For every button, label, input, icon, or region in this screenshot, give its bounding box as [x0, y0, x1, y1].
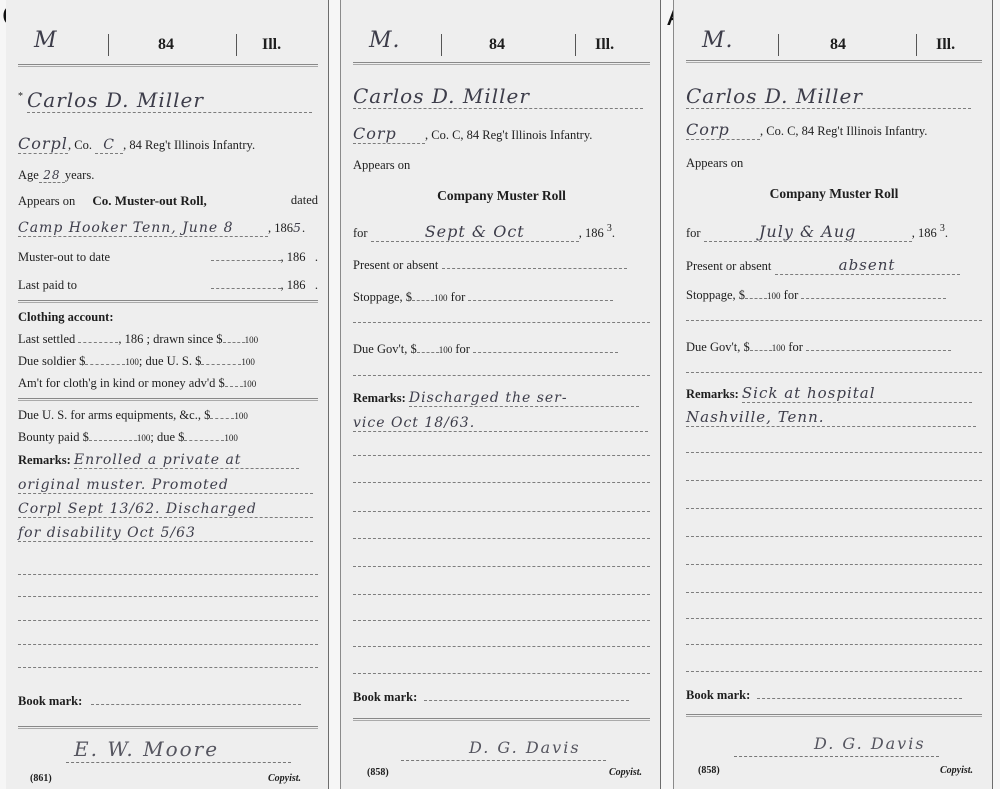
- form-number: (858): [367, 767, 389, 778]
- period-value: July & Aug: [704, 222, 912, 242]
- section-rule: [18, 726, 318, 729]
- section-rule: [686, 714, 982, 717]
- blank-line: [353, 646, 650, 647]
- stoppage-row: Stoppage, $100 for: [686, 288, 982, 303]
- divider: [441, 34, 442, 56]
- period-row: for Sept & Oct, 186 3.: [353, 222, 650, 242]
- remarks-line: Corpl Sept 13/62. Discharged: [18, 501, 313, 518]
- regiment-text: , 84 Reg't Illinois Infantry.: [123, 138, 255, 152]
- appears-on-label: Appears on: [686, 156, 982, 171]
- state-abbrev: Ill.: [262, 36, 281, 54]
- cents: 100: [245, 335, 259, 345]
- roll-name: Co. Muster-out Roll,: [92, 193, 206, 208]
- blank-line: [686, 592, 982, 593]
- stoppage-for-label: for: [451, 290, 466, 304]
- roll-name: Company Muster Roll: [686, 186, 982, 202]
- blank-line: [353, 673, 650, 674]
- due-arms-row: Due U. S. for arms equipments, &c., $100: [18, 408, 318, 423]
- for-label: for: [353, 226, 368, 240]
- unit-initial: M.: [369, 28, 401, 53]
- book-mark-row: Book mark:: [18, 694, 318, 709]
- blank-line: [686, 452, 982, 453]
- name-marker: *: [18, 91, 23, 102]
- cents: 100: [234, 411, 248, 421]
- remarks-line: Enrolled a private at: [74, 452, 299, 469]
- remarks-line: Nashville, Tenn.: [686, 408, 976, 427]
- soldier-name-row: * Carlos D. Miller: [18, 88, 318, 113]
- period-row: for July & Aug, 186 3.: [686, 222, 982, 242]
- year-prefix: , 186: [268, 221, 293, 235]
- blank-line: [686, 508, 982, 509]
- last-settled-row: Last settled , 186 ; drawn since $100: [18, 332, 318, 347]
- book-mark-row: Book mark:: [353, 690, 650, 705]
- state-abbrev: Ill.: [595, 36, 614, 54]
- rank-row: Corp, Co. C, 84 Reg't Illinois Infantry.: [353, 124, 650, 144]
- card-c: M 84 Ill. * Carlos D. Miller Corpl, Co. …: [6, 0, 329, 789]
- blank-line: [686, 644, 982, 645]
- regiment-text: , Co. C, 84 Reg't Illinois Infantry.: [760, 124, 927, 138]
- divider: [778, 34, 779, 56]
- remarks-row: Remarks: Enrolled a private at: [18, 452, 318, 469]
- form-number: (861): [30, 773, 52, 784]
- state-abbrev: Ill.: [936, 36, 955, 54]
- present-absent-value: [442, 268, 627, 269]
- amt-clothing-row: Am't for cloth'g in kind or money adv'd …: [18, 376, 318, 391]
- remarks-label: Remarks:: [18, 453, 71, 467]
- book-mark-label: Book mark:: [18, 694, 82, 708]
- appears-on-row: Appears on Co. Muster-out Roll, dated: [18, 193, 318, 209]
- divider: [108, 34, 109, 56]
- section-rule: [18, 398, 318, 401]
- bounty-paid-label: Bounty paid $: [18, 430, 89, 444]
- copyist-label: Copyist.: [609, 767, 642, 778]
- blank-line: [353, 538, 650, 539]
- form-number: (858): [698, 765, 720, 776]
- muster-out-year: , 186: [281, 250, 306, 264]
- card-header: M. 84 Ill.: [686, 32, 982, 62]
- blank-line: [686, 320, 982, 321]
- blank-line: [18, 596, 318, 597]
- soldier-name: Carlos D. Miller: [353, 84, 643, 109]
- stoppage-label: Stoppage, $: [353, 290, 412, 304]
- remarks-line: Sick at hospital: [742, 384, 972, 403]
- due-gov-label: Due Gov't, $: [353, 342, 417, 356]
- muster-out-label: Muster-out to date: [18, 250, 110, 264]
- age-value: 28: [39, 168, 65, 183]
- card-header: M. 84 Ill.: [353, 32, 650, 62]
- book-mark-row: Book mark:: [686, 688, 982, 703]
- cents: 100: [434, 293, 448, 303]
- rank-value: Corp: [353, 124, 425, 144]
- signature-line: [66, 762, 291, 763]
- copyist-label: Copyist.: [940, 765, 973, 776]
- year-digit: 3: [940, 223, 945, 234]
- amt-clothing-label: Am't for cloth'g in kind or money adv'd …: [18, 376, 225, 390]
- remarks-line: for disability Oct 5/63: [18, 525, 313, 542]
- soldier-name-row: Carlos D. Miller: [353, 84, 650, 109]
- remarks-label: Remarks:: [686, 387, 739, 401]
- blank-line: [353, 620, 650, 621]
- remarks-line: original muster. Promoted: [18, 477, 313, 494]
- blank-line: [353, 482, 650, 483]
- copyist-signature: D. G. Davis: [469, 738, 581, 757]
- book-mark-label: Book mark:: [353, 690, 417, 704]
- regiment-number: 84: [158, 36, 174, 54]
- last-paid-label: Last paid to: [18, 278, 77, 292]
- due-gov-row: Due Gov't, $100 for: [353, 342, 650, 357]
- for-label: for: [686, 226, 701, 240]
- cents: 100: [243, 379, 257, 389]
- due-gov-label: Due Gov't, $: [686, 340, 750, 354]
- present-absent-row: Present or absent absent: [686, 256, 982, 275]
- stoppage-label: Stoppage, $: [686, 288, 745, 302]
- rank-value: Corp: [686, 120, 760, 140]
- roll-name: Company Muster Roll: [353, 188, 650, 204]
- header-rule: [353, 62, 650, 65]
- co-label: , Co.: [68, 138, 92, 152]
- age-label: Age: [18, 168, 39, 182]
- last-paid-year: , 186: [281, 278, 306, 292]
- remarks-line: vice Oct 18/63.: [353, 415, 648, 432]
- blank-line: [353, 455, 650, 456]
- card-a: M. 84 Ill. Carlos D. Miller Corp, Co. C,…: [673, 0, 993, 789]
- remarks-line: Discharged the ser-: [409, 390, 639, 407]
- year-digit: 5: [293, 220, 302, 235]
- bounty-due-label: ; due $: [150, 430, 184, 444]
- blank-line: [353, 594, 650, 595]
- soldier-name: Carlos D. Miller: [686, 84, 971, 109]
- bounty-row: Bounty paid $100; due $100: [18, 430, 318, 445]
- header-rule: [18, 64, 318, 67]
- blank-line: [353, 511, 650, 512]
- due-soldier-label: Due soldier $: [18, 354, 85, 368]
- present-absent-row: Present or absent: [353, 258, 650, 273]
- blank-line: [18, 574, 318, 575]
- book-mark-label: Book mark:: [686, 688, 750, 702]
- blank-line: [353, 375, 650, 376]
- soldier-name: Carlos D. Miller: [27, 88, 312, 113]
- due-gov-for-label: for: [455, 342, 470, 356]
- signature-line: [401, 760, 606, 761]
- regiment-text: , Co. C, 84 Reg't Illinois Infantry.: [425, 128, 592, 142]
- rank-value: Corpl: [18, 134, 68, 154]
- present-absent-label: Present or absent: [686, 259, 771, 273]
- last-settled-year: , 186: [118, 332, 143, 346]
- unit-initial: M: [34, 28, 58, 53]
- last-paid-row: Last paid to , 186 .: [18, 278, 318, 293]
- copyist-label: Copyist.: [268, 773, 301, 784]
- unit-initial: M.: [702, 28, 734, 53]
- blank-line: [686, 564, 982, 565]
- year-prefix: , 186: [912, 226, 937, 240]
- copyist-signature: D. G. Davis: [814, 734, 926, 753]
- year-prefix: , 186: [579, 226, 604, 240]
- due-soldier-row: Due soldier $100; due U. S. $100: [18, 354, 318, 369]
- due-us-label: ; due U. S. $: [139, 354, 202, 368]
- section-rule: [353, 718, 650, 721]
- age-row: Age28years.: [18, 168, 318, 183]
- cents: 100: [137, 433, 151, 443]
- remarks-row: Remarks: Sick at hospital: [686, 384, 982, 403]
- cents: 100: [439, 345, 453, 355]
- regiment-number: 84: [830, 36, 846, 54]
- card-header: M 84 Ill.: [18, 32, 318, 62]
- cents: 100: [224, 433, 238, 443]
- cents: 100: [767, 291, 781, 301]
- rank-row: Corp, Co. C, 84 Reg't Illinois Infantry.: [686, 120, 982, 140]
- divider: [916, 34, 917, 56]
- remarks-row: Remarks: Discharged the ser-: [353, 390, 650, 407]
- signature-line: [734, 756, 939, 757]
- due-arms-label: Due U. S. for arms equipments, &c., $: [18, 408, 210, 422]
- section-rule: [18, 300, 318, 303]
- blank-line: [686, 480, 982, 481]
- blank-line: [18, 667, 318, 668]
- last-settled-label: Last settled: [18, 332, 75, 346]
- blank-line: [353, 566, 650, 567]
- remarks-label: Remarks:: [353, 391, 406, 405]
- card-b: M. 84 Ill. Carlos D. Miller Corp, Co. C,…: [340, 0, 661, 789]
- muster-out-row: Muster-out to date , 186 .: [18, 250, 318, 265]
- year-digit: 3: [607, 223, 612, 234]
- period-value: Sept & Oct: [371, 222, 579, 242]
- blank-line: [686, 372, 982, 373]
- blank-line: [353, 322, 650, 323]
- blank-line: [686, 618, 982, 619]
- blank-line: [686, 536, 982, 537]
- company-value: C: [95, 137, 123, 154]
- due-gov-row: Due Gov't, $100 for: [686, 340, 982, 355]
- dated-label: dated: [291, 193, 318, 208]
- present-absent-label: Present or absent: [353, 258, 438, 272]
- present-absent-value: absent: [775, 256, 960, 275]
- clothing-heading: Clothing account:: [18, 310, 318, 325]
- cents: 100: [241, 357, 255, 367]
- cents: 100: [125, 357, 139, 367]
- divider: [575, 34, 576, 56]
- roll-date-row: Camp Hooker Tenn, June 8, 1865.: [18, 220, 318, 237]
- drawn-since-label: ; drawn since $: [147, 332, 223, 346]
- cents: 100: [772, 343, 786, 353]
- divider: [236, 34, 237, 56]
- rank-row: Corpl, Co. C, 84 Reg't Illinois Infantry…: [18, 134, 318, 154]
- soldier-name-row: Carlos D. Miller: [686, 84, 982, 109]
- appears-on-label: Appears on: [18, 194, 75, 208]
- blank-line: [18, 620, 318, 621]
- blank-line: [18, 644, 318, 645]
- blank-line: [686, 671, 982, 672]
- regiment-number: 84: [489, 36, 505, 54]
- due-gov-for-label: for: [788, 340, 803, 354]
- appears-on-label: Appears on: [353, 158, 650, 173]
- roll-date-value: Camp Hooker Tenn, June 8: [18, 220, 268, 237]
- stoppage-row: Stoppage, $100 for: [353, 290, 650, 305]
- header-rule: [686, 60, 982, 63]
- copyist-signature: E. W. Moore: [74, 737, 219, 761]
- age-suffix: years.: [65, 168, 95, 182]
- stoppage-for-label: for: [784, 288, 799, 302]
